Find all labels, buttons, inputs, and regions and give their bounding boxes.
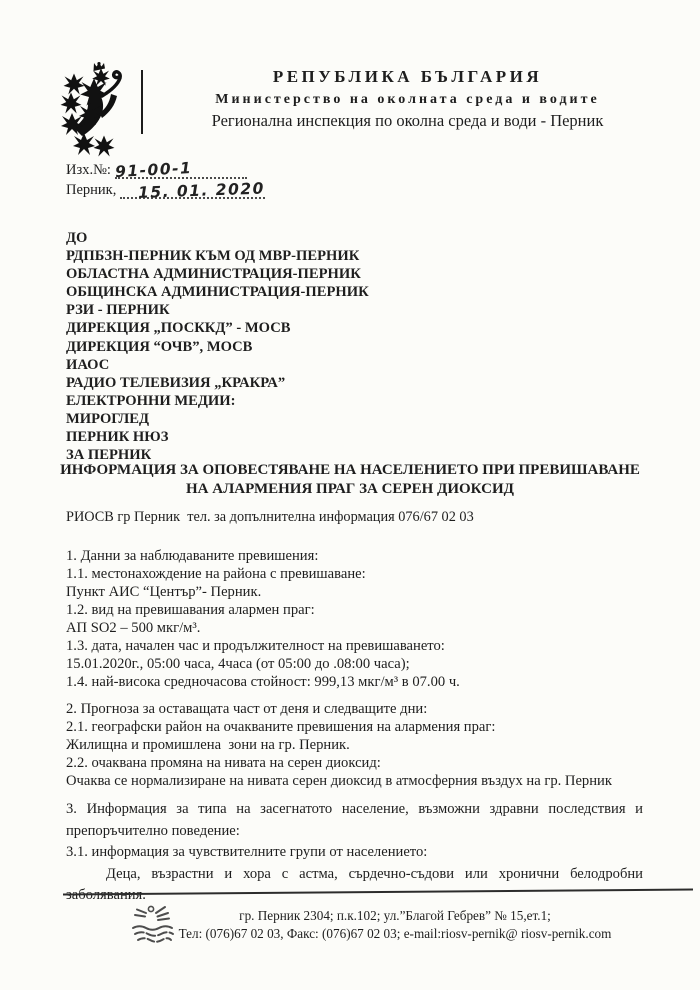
body-line: 1.3. дата, начален час и продължителност… <box>66 637 460 655</box>
body-line: 1.4. най-висока средночасова стойност: 9… <box>66 673 460 691</box>
recipient-item: ОБЩИНСКА АДМИНИСТРАЦИЯ-ПЕРНИК <box>66 283 369 301</box>
recipient-item: МИРОГЛЕД <box>66 410 369 428</box>
body-line: 2.1. географски район на очакваните прев… <box>66 718 612 736</box>
body-line: АП SO2 – 500 мкг/м³. <box>66 619 460 637</box>
document-title-line1: ИНФОРМАЦИЯ ЗА ОПОВЕСТЯВАНЕ НА НАСЕЛЕНИЕТ… <box>40 461 660 480</box>
body-line: 1.2. вид на превишавания алармен праг: <box>66 601 460 619</box>
ministry-title: Министерство на околната среда и водите <box>145 92 670 108</box>
scanned-letter-page: РЕПУБЛИКА БЪЛГАРИЯ Министерство на околн… <box>0 0 700 990</box>
date-dotted-line: 15. 01. 2020 <box>120 183 265 199</box>
body-paragraph: 3. Информация за типа на засегнатото нас… <box>66 799 643 842</box>
place-label: Перник, <box>66 182 116 199</box>
outgoing-number-label: Изх.№: <box>66 162 111 179</box>
reference-block: Изх.№: 91-00-1 Перник, 15. 01. 2020 <box>66 159 265 199</box>
section-1-observed-exceedances: 1. Данни за наблюдаваните превишения: 1.… <box>66 547 460 691</box>
document-title-line2: НА АЛАРМЕНИЯ ПРАГ ЗА СЕРЕН ДИОКСИД <box>40 480 660 499</box>
recipient-item: РАДИО ТЕЛЕВИЗИЯ „КРАКРА” <box>66 374 369 392</box>
bulgarian-lion-coat-of-arms-icon <box>60 62 132 158</box>
body-line: 15.01.2020г., 05:00 часа, 4часа (от 05:0… <box>66 655 460 673</box>
body-line: 2. Прогноза за оставащата част от деня и… <box>66 700 612 718</box>
footer-contacts-line: Тел: (076)67 02 03, Факс: (076)67 02 03;… <box>135 925 655 943</box>
inspection-title: Регионална инспекция по околна среда и в… <box>145 111 670 131</box>
outgoing-number-handwritten: 91-00-1 <box>115 162 193 179</box>
recipient-item: ОБЛАСТНА АДМИНИСТРАЦИЯ-ПЕРНИК <box>66 265 369 283</box>
body-line: Очаква се нормализиране на нивата серен … <box>66 772 612 790</box>
date-handwritten: 15. 01. 2020 <box>120 182 265 200</box>
body-line: 2.2. очаквана промяна на нивата на серен… <box>66 754 612 772</box>
body-line: 1.1. местонахождение на района с превиша… <box>66 565 460 583</box>
outgoing-number-dotted-line: 91-00-1 <box>115 163 247 179</box>
recipients-list: ДО РДПБЗН-ПЕРНИК КЪМ ОД МВР-ПЕРНИК ОБЛАС… <box>66 229 369 464</box>
republic-title: РЕПУБЛИКА БЪЛГАРИЯ <box>145 67 670 87</box>
recipient-item: ДИРЕКЦИЯ “ОЧВ”, МОСВ <box>66 338 369 356</box>
recipient-item: ПЕРНИК НЮЗ <box>66 428 369 446</box>
section-2-forecast: 2. Прогноза за оставащата част от деня и… <box>66 700 612 790</box>
footer-contact-block: гр. Перник 2304; п.к.102; ул.”Благой Геб… <box>135 907 655 943</box>
recipient-item: РЗИ - ПЕРНИК <box>66 301 369 319</box>
recipient-item: ДИРЕКЦИЯ „ПОСККД” - МОСВ <box>66 319 369 337</box>
to-label: ДО <box>66 229 369 247</box>
header-divider <box>141 70 143 134</box>
footer-address-line: гр. Перник 2304; п.к.102; ул.”Благой Геб… <box>135 907 655 925</box>
recipient-item: РДПБЗН-ПЕРНИК КЪМ ОД МВР-ПЕРНИК <box>66 247 369 265</box>
sensitive-groups-heading: 3.1. информация за чувствителните групи … <box>66 842 643 864</box>
recipient-item: ЕЛЕКТРОННИ МЕДИИ: <box>66 392 369 410</box>
body-line: Пункт АИС “Център”- Перник. <box>66 583 460 601</box>
body-line: Жилищна и промишлена зони на гр. Перник. <box>66 736 612 754</box>
document-title: ИНФОРМАЦИЯ ЗА ОПОВЕСТЯВАНЕ НА НАСЕЛЕНИЕТ… <box>40 461 660 498</box>
recipient-item: ИАОС <box>66 356 369 374</box>
body-line: 1. Данни за наблюдаваните превишения: <box>66 547 460 565</box>
body-paragraph: Деца, възрастни и хора с астма, сърдечно… <box>66 864 643 907</box>
letterhead: РЕПУБЛИКА БЪЛГАРИЯ Министерство на околн… <box>145 67 670 131</box>
info-phone-line: РИОСВ гр Перник тел. за допълнителна инф… <box>66 509 474 526</box>
